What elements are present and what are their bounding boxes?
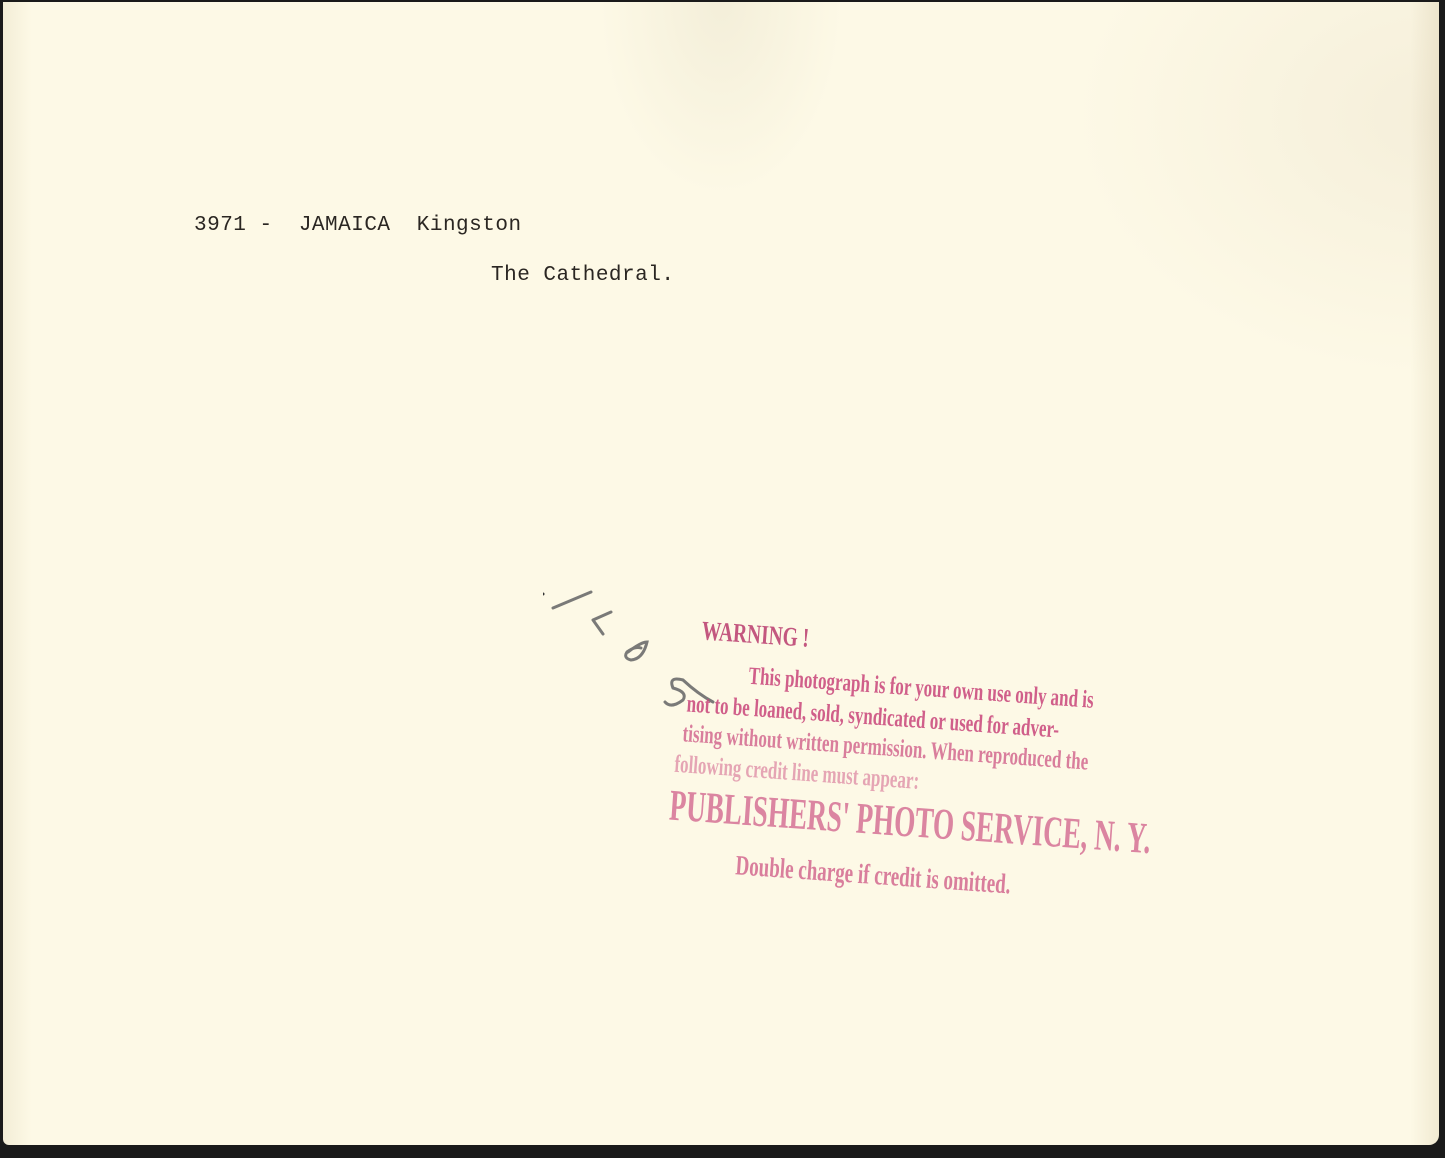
double-charge-notice: Double charge if credit is omitted. xyxy=(734,850,1011,901)
photo-back-card: 3971 - JAMAICA Kingston The Cathedral. W… xyxy=(3,2,1439,1145)
warning-title: WARNING ! xyxy=(701,615,810,653)
caption-line-number-location: 3971 - JAMAICA Kingston xyxy=(194,214,522,237)
warning-stamp: WARNING ! This photograph is for your ow… xyxy=(660,614,1242,982)
caption-line-subject: The Cathedral. xyxy=(491,264,674,287)
